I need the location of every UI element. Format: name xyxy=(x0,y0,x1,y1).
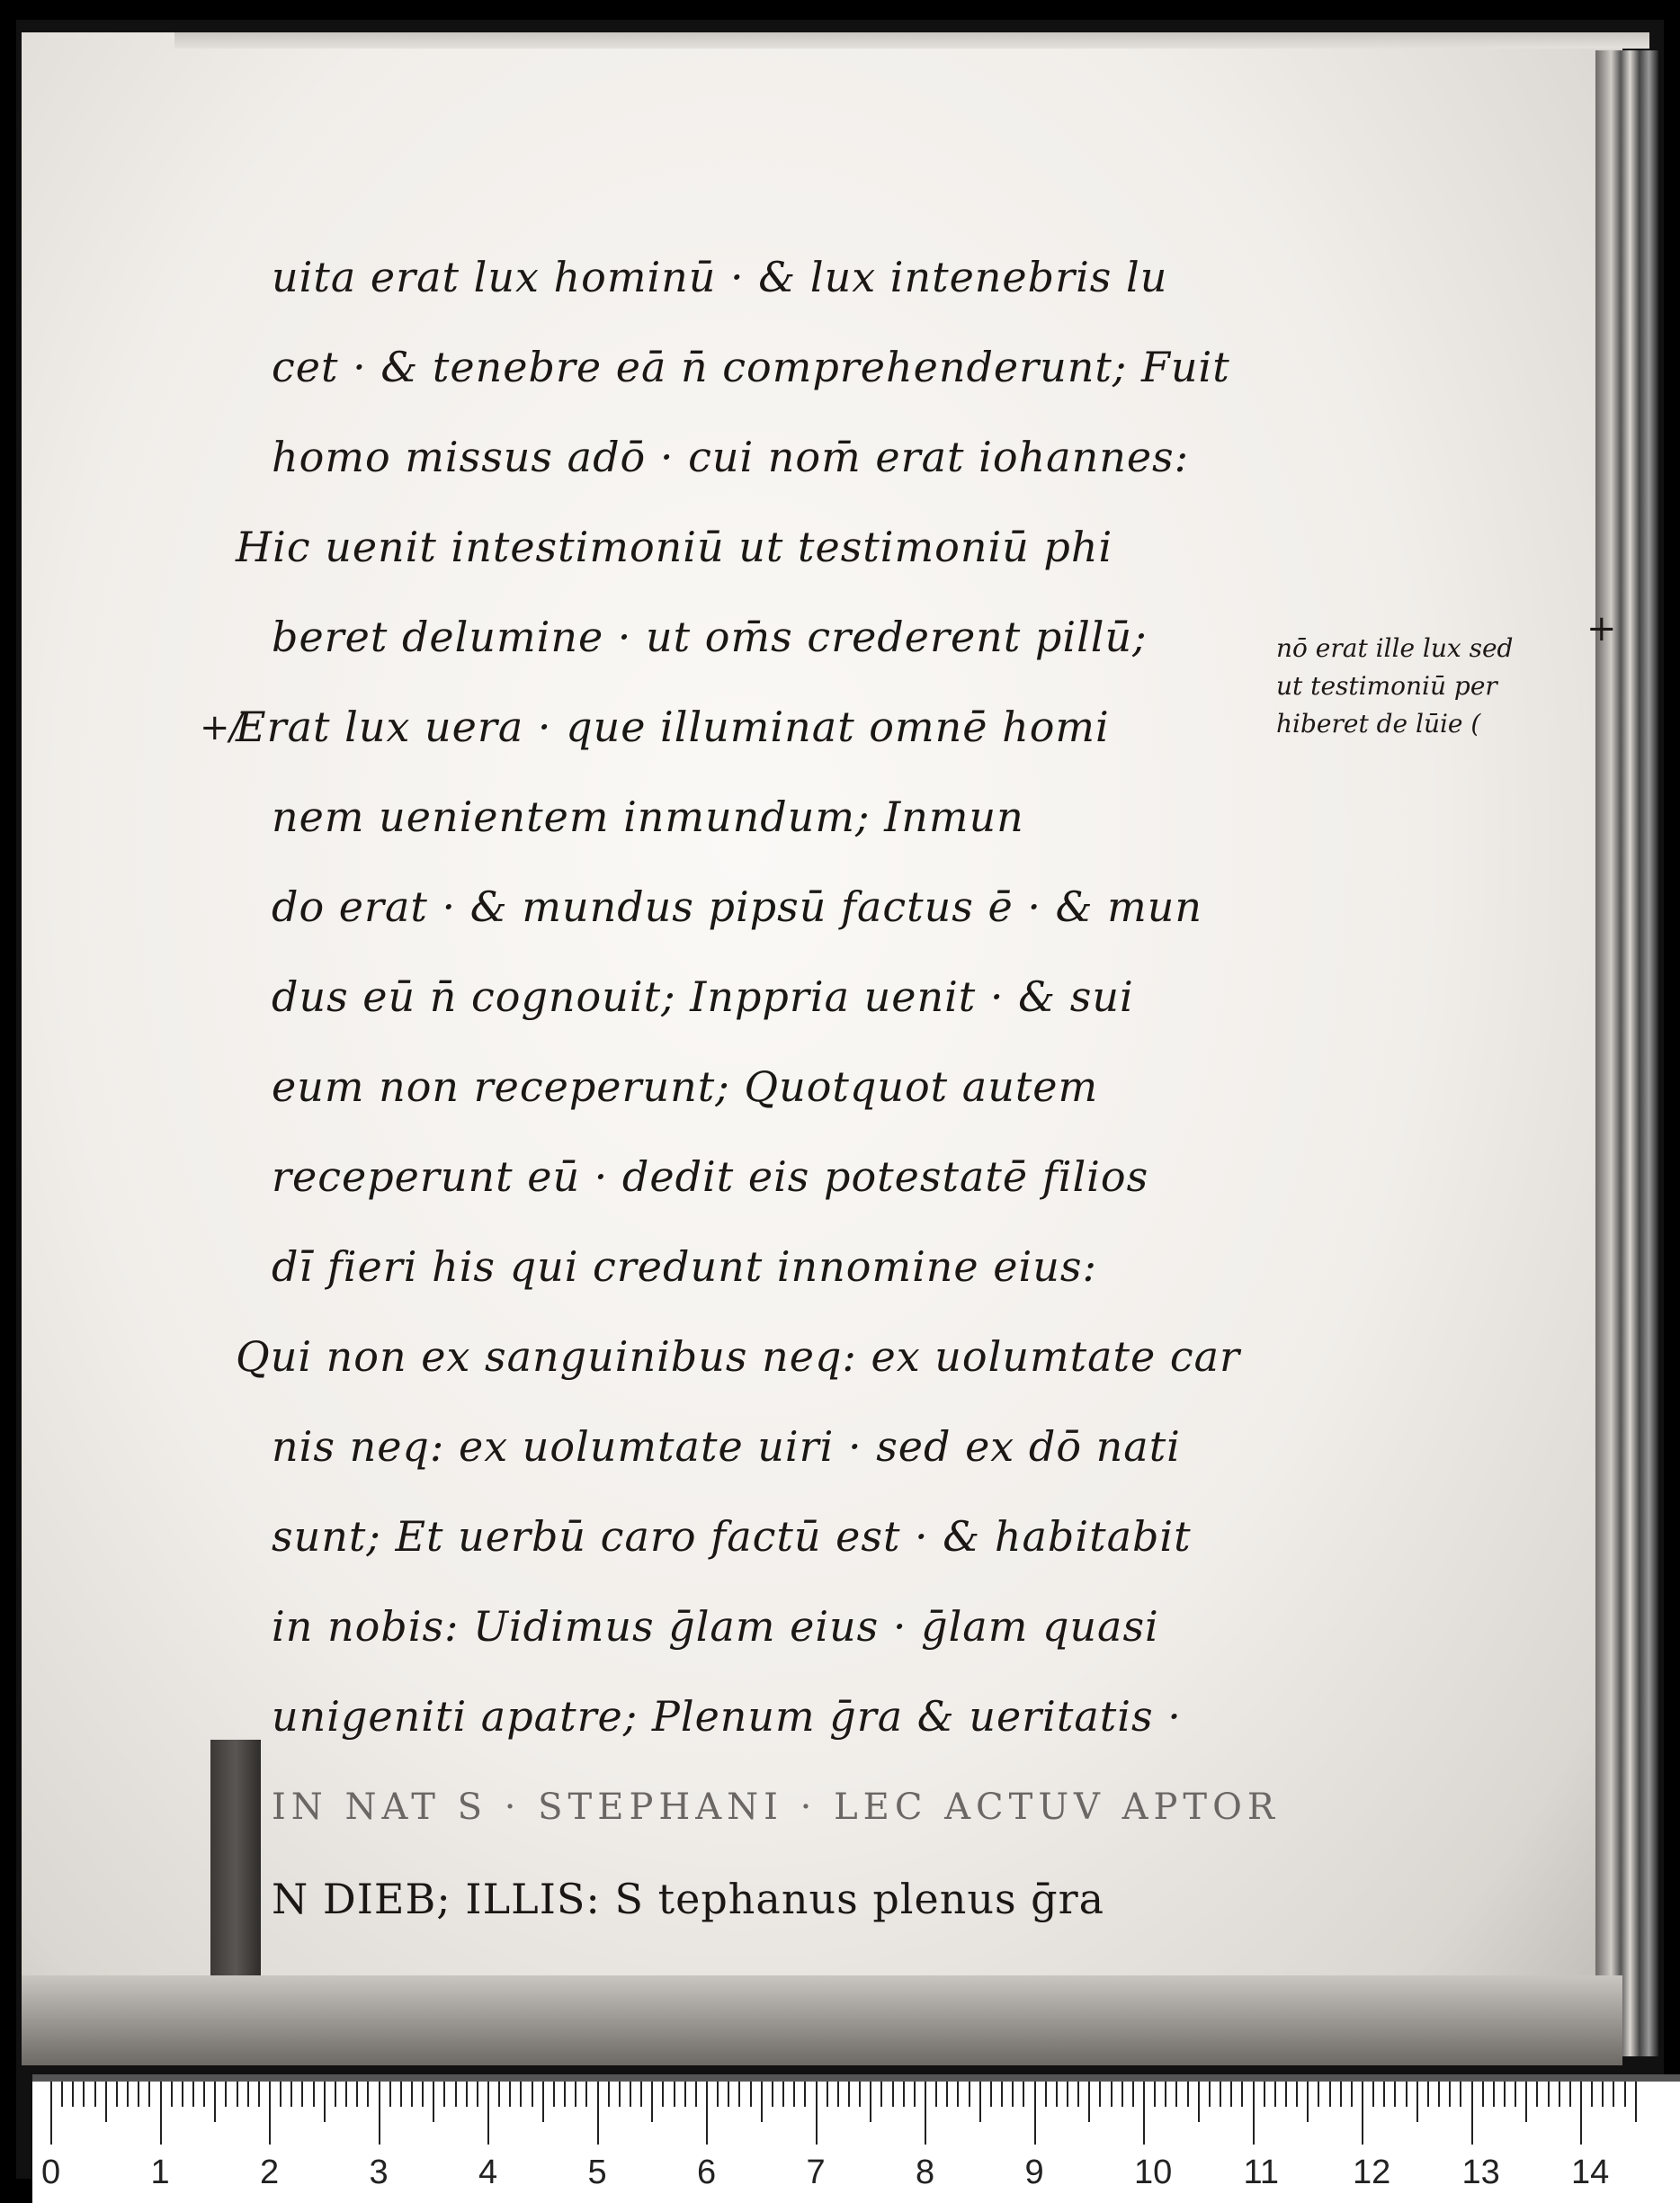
ruler-tick xyxy=(1394,2082,1396,2107)
ruler-tick xyxy=(301,2082,303,2107)
ruler-tick xyxy=(870,2082,871,2122)
ruler-tick xyxy=(804,2082,806,2107)
ruler-tick xyxy=(487,2082,489,2145)
ruler-label: 8 xyxy=(916,2154,934,2192)
ruler-tick xyxy=(1132,2082,1134,2107)
ruler-tick xyxy=(848,2082,850,2107)
ruler-tick xyxy=(171,2082,173,2107)
ruler-label: 6 xyxy=(697,2154,716,2192)
ruler-tick xyxy=(695,2082,697,2107)
ruler-tick xyxy=(651,2082,653,2122)
bottom-shadow xyxy=(22,1975,1622,2065)
ruler-tick xyxy=(1624,2082,1626,2107)
ruler-tick xyxy=(203,2082,205,2107)
marginal-gloss-line: hiberet de lūie ( xyxy=(1276,709,1480,739)
ruler-tick xyxy=(1383,2082,1385,2107)
ruler-tick xyxy=(859,2082,861,2107)
ruler-tick xyxy=(1438,2082,1440,2107)
ruler-tick xyxy=(324,2082,326,2122)
decorated-initial-i xyxy=(210,1740,261,2014)
ruler-tick xyxy=(1318,2082,1319,2107)
ruler-tick xyxy=(1209,2082,1211,2107)
ruler-tick xyxy=(1253,2082,1255,2145)
text-line: cet · & tenebre eā n̄ comprehenderunt; … xyxy=(272,343,1230,391)
ruler-tick xyxy=(816,2082,818,2145)
ruler-tick xyxy=(1045,2082,1047,2107)
ruler-label: 11 xyxy=(1244,2154,1279,2192)
ruler-tick xyxy=(738,2082,740,2107)
ruler-tick xyxy=(1525,2082,1527,2122)
text-line: uita erat lux hominū · & lux intenebris… xyxy=(272,253,1167,301)
ruler-tick xyxy=(728,2082,729,2107)
ruler-tick xyxy=(585,2082,587,2107)
ruler-tick xyxy=(1056,2082,1058,2107)
ruler-tick xyxy=(498,2082,500,2107)
ruler-tick xyxy=(520,2082,522,2107)
ruler-label: 10 xyxy=(1134,2154,1172,2192)
ruler-tick xyxy=(105,2082,107,2122)
ruler-tick xyxy=(608,2082,610,2107)
text-line: nis neq: ex uolumtate uiri · sed ex dō … xyxy=(272,1422,1181,1471)
rubric-line: IN NAT S · STEPHANI · LEC ACTUV APTOR xyxy=(272,1787,1280,1828)
ruler-tick xyxy=(1548,2082,1550,2107)
ruler-tick xyxy=(356,2082,358,2107)
ruler-tick xyxy=(345,2082,347,2107)
ruler-tick xyxy=(258,2082,260,2107)
ruler-tick xyxy=(827,2082,828,2107)
text-line: beret delumine · ut om̄s crederent pillu… xyxy=(272,613,1148,661)
text-line: nem uenientem inmundum; Inmun xyxy=(272,793,1024,841)
ruler-tick xyxy=(1591,2082,1593,2107)
ruler-tick xyxy=(94,2082,96,2107)
ruler-tick xyxy=(313,2082,315,2107)
ruler-tick xyxy=(1143,2082,1145,2145)
ruler-tick xyxy=(83,2082,85,2107)
left-margin-cross: +/ xyxy=(200,707,242,748)
ruler-tick xyxy=(564,2082,566,2107)
ruler-tick xyxy=(837,2082,839,2107)
ruler-tick xyxy=(772,2082,773,2107)
ruler-tick xyxy=(1416,2082,1418,2122)
ruler-tick xyxy=(880,2082,882,2107)
ruler-tick xyxy=(706,2082,708,2145)
ruler-label: 3 xyxy=(370,2154,389,2192)
ruler-tick xyxy=(1307,2082,1309,2122)
ruler-tick xyxy=(433,2082,434,2122)
marginal-gloss-line: ut testimoniū per xyxy=(1276,671,1497,701)
marginal-gloss-line: nō erat ille lux sed xyxy=(1276,633,1513,663)
ruler-label: 1 xyxy=(151,2154,170,2192)
ruler-tick xyxy=(1296,2082,1298,2107)
ruler-tick xyxy=(1001,2082,1003,2107)
ruler-tick xyxy=(1580,2082,1582,2145)
ruler-tick xyxy=(1482,2082,1484,2107)
ruler-label: 7 xyxy=(807,2154,826,2192)
ruler-tick xyxy=(946,2082,948,2107)
text-line: Hic uenit intestimoniū ut testimoniū p… xyxy=(236,523,1113,571)
ruler-tick xyxy=(466,2082,468,2107)
ruler-tick xyxy=(1165,2082,1166,2107)
text-line: sunt; Et uerbū caro factū est · & habi… xyxy=(272,1512,1192,1561)
ruler-tick xyxy=(1067,2082,1068,2107)
ruler-tick xyxy=(1427,2082,1429,2107)
ruler-tick xyxy=(1220,2082,1221,2107)
ruler-tick xyxy=(1099,2082,1101,2107)
ruler-tick xyxy=(990,2082,992,2107)
ruler-tick xyxy=(1340,2082,1342,2107)
ruler-tick xyxy=(247,2082,249,2107)
ruler-tick xyxy=(1121,2082,1123,2107)
ruler-tick xyxy=(957,2082,959,2107)
ruler-tick xyxy=(443,2082,445,2107)
ruler-tick xyxy=(1230,2082,1232,2107)
ruler-tick xyxy=(280,2082,281,2107)
text-line: do erat · & mundus pipsū factus ē · & … xyxy=(272,882,1202,931)
text-line: Erat lux uera · que illuminat omnē homi xyxy=(236,703,1110,751)
ruler-tick xyxy=(192,2082,194,2107)
ruler-tick xyxy=(674,2082,675,2107)
ruler-label: 2 xyxy=(260,2154,279,2192)
ruler-tick xyxy=(422,2082,424,2107)
ruler-tick xyxy=(367,2082,369,2107)
ruler-tick xyxy=(411,2082,413,2107)
ruler-tick xyxy=(1536,2082,1538,2107)
ruler-tick xyxy=(532,2082,533,2107)
page-top-strip xyxy=(174,32,1649,49)
ruler-label: 0 xyxy=(41,2154,60,2192)
ruler-tick xyxy=(1602,2082,1604,2107)
ruler-tick xyxy=(793,2082,795,2107)
ruler-tick xyxy=(1351,2082,1353,2107)
ruler-tick xyxy=(630,2082,631,2107)
ruler-tick xyxy=(225,2082,227,2107)
ruler-tick xyxy=(116,2082,118,2107)
ruler-tick xyxy=(575,2082,576,2107)
ruler-tick xyxy=(1449,2082,1451,2107)
text-line: in nobis: Uidimus ḡlam eius · ḡlam qua… xyxy=(272,1602,1159,1651)
text-line: N DIEB; ILLIS: S tephanus plenus ḡra xyxy=(272,1875,1104,1923)
ruler-label: 4 xyxy=(478,2154,497,2192)
ruler-label: 5 xyxy=(588,2154,607,2192)
ruler-tick xyxy=(455,2082,457,2107)
ruler-tick xyxy=(1077,2082,1079,2107)
ruler-label: 9 xyxy=(1025,2154,1044,2192)
ruler-label: 13 xyxy=(1462,2154,1500,2192)
cm-ruler: 01234567891011121314 xyxy=(32,2074,1680,2203)
ruler-tick xyxy=(214,2082,216,2122)
text-line: eum non receperunt; Quotquot autem xyxy=(272,1062,1098,1111)
ruler-tick xyxy=(542,2082,544,2122)
ruler-tick xyxy=(389,2082,391,2107)
text-line: receperunt eū · dedit eis potestatē fi… xyxy=(272,1152,1148,1201)
ruler-ticks: 01234567891011121314 xyxy=(50,2082,1651,2163)
ruler-tick xyxy=(1569,2082,1571,2107)
text-line: Qui non ex sanguinibus neq: ex uolumtate… xyxy=(236,1332,1240,1381)
ruler-tick xyxy=(72,2082,74,2107)
ruler-tick xyxy=(477,2082,478,2107)
ruler-tick xyxy=(1372,2082,1374,2107)
ruler-tick xyxy=(925,2082,926,2145)
ruler-tick xyxy=(914,2082,916,2107)
ruler-tick xyxy=(400,2082,402,2107)
ruler-tick xyxy=(1023,2082,1024,2107)
ruler-tick xyxy=(335,2082,336,2107)
ruler-tick xyxy=(1406,2082,1407,2107)
text-line: homo missus adō · cui nom̄ erat iohanne… xyxy=(272,433,1189,481)
right-margin-cross: + xyxy=(1586,608,1617,649)
ruler-tick xyxy=(935,2082,937,2107)
ruler-tick xyxy=(597,2082,599,2145)
ruler-tick xyxy=(1285,2082,1287,2107)
ruler-tick xyxy=(61,2082,63,2107)
ruler-tick xyxy=(619,2082,621,2107)
ruler-tick xyxy=(290,2082,292,2107)
ruler-tick xyxy=(662,2082,664,2107)
ruler-tick xyxy=(1515,2082,1516,2107)
ruler-tick xyxy=(127,2082,129,2107)
ruler-edge xyxy=(32,2074,1680,2082)
ruler-tick xyxy=(903,2082,905,2107)
ruler-tick xyxy=(160,2082,162,2145)
ruler-tick xyxy=(782,2082,784,2107)
ruler-tick xyxy=(969,2082,970,2107)
ruler-tick xyxy=(979,2082,981,2122)
ruler-tick xyxy=(1034,2082,1036,2145)
ruler-tick xyxy=(148,2082,150,2107)
ruler-tick xyxy=(1264,2082,1265,2107)
manuscript-page: uita erat lux hominū · & lux intenebris… xyxy=(22,32,1622,2056)
ruler-tick xyxy=(717,2082,719,2107)
ruler-tick xyxy=(1362,2082,1363,2145)
ruler-tick xyxy=(1154,2082,1156,2107)
text-line: dus eū n̄ cognouit; Inppria uenit · & s… xyxy=(272,972,1134,1021)
ruler-tick xyxy=(1559,2082,1560,2107)
ruler-tick xyxy=(509,2082,511,2107)
ruler-tick xyxy=(1175,2082,1177,2107)
ruler-tick xyxy=(640,2082,642,2107)
ruler-tick xyxy=(1012,2082,1014,2107)
ruler-tick xyxy=(1471,2082,1473,2145)
ruler-tick xyxy=(269,2082,271,2145)
ruler-tick xyxy=(761,2082,763,2122)
ruler-tick xyxy=(138,2082,139,2107)
ruler-tick xyxy=(1111,2082,1113,2107)
ruler-tick xyxy=(1613,2082,1614,2107)
ruler-tick xyxy=(1504,2082,1506,2107)
text-line: unigeniti apatre; Plenum ḡra & ueritati… xyxy=(272,1692,1182,1741)
ruler-tick xyxy=(892,2082,894,2107)
ruler-tick xyxy=(50,2082,52,2145)
ruler-tick xyxy=(1088,2082,1090,2122)
ruler-tick xyxy=(1493,2082,1495,2107)
ruler-tick xyxy=(750,2082,752,2107)
ruler-tick xyxy=(1187,2082,1189,2107)
ruler-tick xyxy=(1460,2082,1461,2107)
ruler-tick xyxy=(684,2082,686,2107)
ruler-tick xyxy=(1198,2082,1200,2122)
ruler-tick xyxy=(1274,2082,1276,2107)
ruler-tick xyxy=(1241,2082,1243,2107)
text-line: dī fieri his qui credunt innomine eius: xyxy=(272,1242,1097,1291)
ruler-tick xyxy=(1329,2082,1331,2107)
ruler-tick xyxy=(237,2082,238,2107)
ruler-tick xyxy=(1635,2082,1637,2122)
binding-edge xyxy=(1595,50,1658,2056)
ruler-label: 12 xyxy=(1353,2154,1390,2192)
ruler-tick xyxy=(553,2082,555,2107)
ruler-tick xyxy=(182,2082,183,2107)
ruler-label: 14 xyxy=(1571,2154,1609,2192)
ruler-tick xyxy=(379,2082,380,2145)
manuscript-photo: uita erat lux hominū · & lux intenebris… xyxy=(16,20,1664,2179)
